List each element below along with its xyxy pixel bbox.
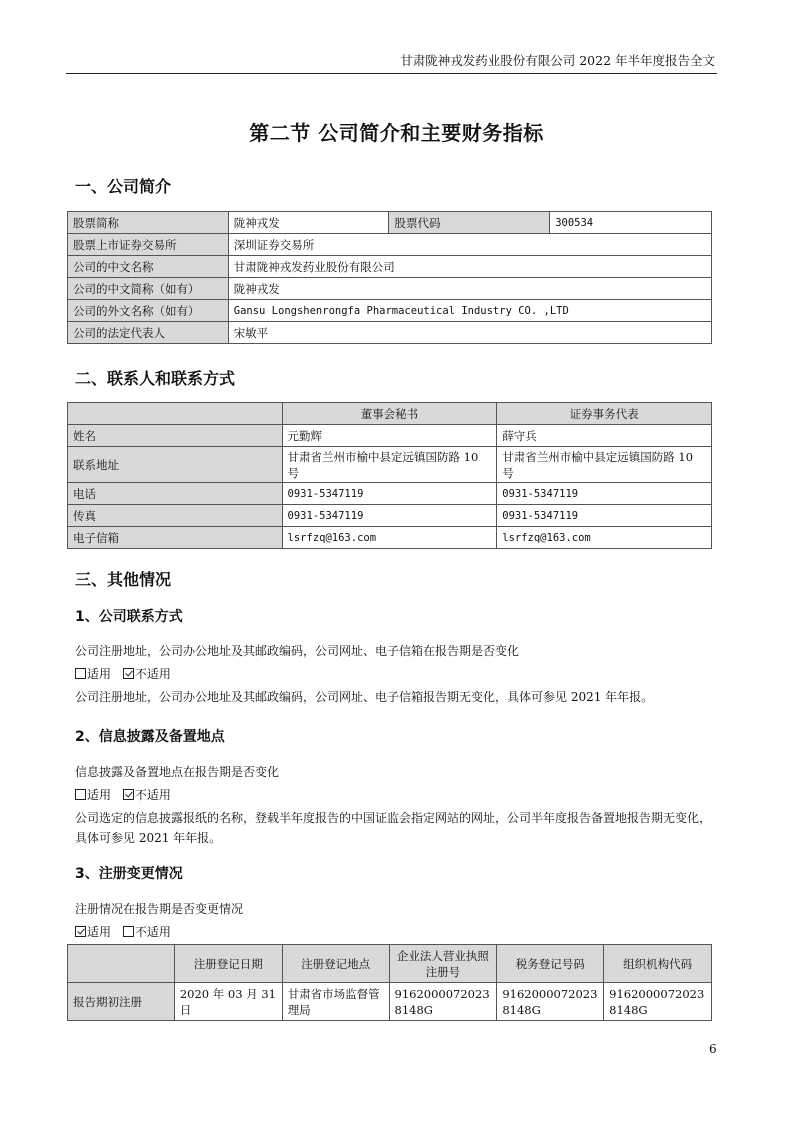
column-header: 注册登记日期 xyxy=(174,945,282,983)
column-header xyxy=(68,945,175,983)
table-row: 股票上市证券交易所 深圳证券交易所 xyxy=(68,234,712,256)
option-applicable: 适用 xyxy=(87,925,111,939)
column-header: 企业法人营业执照注册号 xyxy=(389,945,497,983)
checkbox-unchecked-icon xyxy=(123,926,134,937)
cell-label: 姓名 xyxy=(68,425,283,447)
cell-value: 甘肃省市场监督管理局 xyxy=(282,983,389,1021)
cell-label: 公司的法定代表人 xyxy=(68,322,229,344)
cell-label: 报告期初注册 xyxy=(68,983,175,1021)
section-heading-other: 三、其他情况 xyxy=(75,567,171,590)
checkbox-unchecked-icon xyxy=(75,789,86,800)
running-header: 甘肃陇神戎发药业股份有限公司 2022 年半年度报告全文 xyxy=(66,52,717,74)
cell-value: 深圳证券交易所 xyxy=(228,234,711,256)
option-not-applicable: 不适用 xyxy=(135,667,171,681)
section-heading-contacts: 二、联系人和联系方式 xyxy=(75,366,235,389)
page-title: 第二节 公司简介和主要财务指标 xyxy=(0,117,793,146)
table-row: 股票简称 陇神戎发 股票代码 300534 xyxy=(68,212,712,234)
cell-value: 91620000720238148G xyxy=(604,983,712,1021)
table-row: 姓名 元勤辉 薛守兵 xyxy=(68,425,712,447)
running-title: 甘肃陇神戎发药业股份有限公司 2022 年半年度报告全文 xyxy=(400,53,715,68)
cell-value: 陇神戎发 xyxy=(228,212,389,234)
applicability-options: 适用 不适用 xyxy=(75,922,715,942)
cell-label: 公司的中文简称（如有） xyxy=(68,278,229,300)
applicability-options: 适用 不适用 xyxy=(75,664,715,684)
checkbox-checked-icon xyxy=(123,668,134,679)
cell-label: 电子信箱 xyxy=(68,527,283,549)
column-header xyxy=(68,403,283,425)
column-header: 税务登记号码 xyxy=(497,945,604,983)
cell-label: 公司的中文名称 xyxy=(68,256,229,278)
page-number: 6 xyxy=(709,1042,717,1056)
column-header: 董事会秘书 xyxy=(282,403,497,425)
cell-value: 甘肃省兰州市榆中县定远镇国防路 10 号 xyxy=(282,447,497,483)
cell-label: 股票简称 xyxy=(68,212,229,234)
question-text: 注册情况在报告期是否变更情况 xyxy=(75,899,715,919)
applicability-options: 适用 不适用 xyxy=(75,785,715,805)
table-row: 公司的中文简称（如有） 陇神戎发 xyxy=(68,278,712,300)
subsection-heading-contact-info: 1、公司联系方式 xyxy=(75,606,183,626)
option-not-applicable: 不适用 xyxy=(135,788,171,802)
table-row: 公司的中文名称 甘肃陇神戎发药业股份有限公司 xyxy=(68,256,712,278)
cell-value: 91620000720238148G xyxy=(497,983,604,1021)
cell-value: 0931-5347119 xyxy=(282,505,497,527)
cell-value: 薛守兵 xyxy=(497,425,712,447)
cell-value: 2020 年 03 月 31 日 xyxy=(174,983,282,1021)
table-row: 电子信箱 lsrfzq@163.com lsrfzq@163.com xyxy=(68,527,712,549)
cell-value: 陇神戎发 xyxy=(228,278,711,300)
cell-label: 股票代码 xyxy=(389,212,550,234)
option-applicable: 适用 xyxy=(87,667,111,681)
option-applicable: 适用 xyxy=(87,788,111,802)
cell-value: 元勤辉 xyxy=(282,425,497,447)
cell-label: 电话 xyxy=(68,483,283,505)
cell-value: 甘肃省兰州市榆中县定远镇国防路 10 号 xyxy=(497,447,712,483)
column-header: 证券事务代表 xyxy=(497,403,712,425)
cell-label: 联系地址 xyxy=(68,447,283,483)
table-row: 联系地址 甘肃省兰州市榆中县定远镇国防路 10 号 甘肃省兰州市榆中县定远镇国防… xyxy=(68,447,712,483)
question-text: 公司注册地址，公司办公地址及其邮政编码，公司网址、电子信箱在报告期是否变化 xyxy=(75,641,715,661)
company-profile-table: 股票简称 陇神戎发 股票代码 300534 股票上市证券交易所 深圳证券交易所 … xyxy=(67,211,712,344)
table-row: 电话 0931-5347119 0931-5347119 xyxy=(68,483,712,505)
table-header-row: 注册登记日期 注册登记地点 企业法人营业执照注册号 税务登记号码 组织机构代码 xyxy=(68,945,712,983)
registration-table: 注册登记日期 注册登记地点 企业法人营业执照注册号 税务登记号码 组织机构代码 … xyxy=(67,944,712,1021)
checkbox-unchecked-icon xyxy=(75,668,86,679)
table-row: 传真 0931-5347119 0931-5347119 xyxy=(68,505,712,527)
cell-label: 股票上市证券交易所 xyxy=(68,234,229,256)
cell-value: lsrfzq@163.com xyxy=(282,527,497,549)
answer-text: 公司选定的信息披露报纸的名称，登载半年度报告的中国证监会指定网站的网址，公司半年… xyxy=(75,808,715,848)
cell-value: 0931-5347119 xyxy=(282,483,497,505)
table-header-row: 董事会秘书 证券事务代表 xyxy=(68,403,712,425)
contacts-table: 董事会秘书 证券事务代表 姓名 元勤辉 薛守兵 联系地址 甘肃省兰州市榆中县定远… xyxy=(67,402,712,549)
checkbox-checked-icon xyxy=(123,789,134,800)
column-header: 组织机构代码 xyxy=(604,945,712,983)
cell-value: 91620000720238148G xyxy=(389,983,497,1021)
column-header: 注册登记地点 xyxy=(282,945,389,983)
option-not-applicable: 不适用 xyxy=(135,925,171,939)
subsection-heading-registration: 3、注册变更情况 xyxy=(75,863,183,883)
section-heading-company-profile: 一、公司简介 xyxy=(75,174,171,197)
cell-value: 甘肃陇神戎发药业股份有限公司 xyxy=(228,256,711,278)
table-row: 公司的法定代表人 宋敏平 xyxy=(68,322,712,344)
cell-value: 0931-5347119 xyxy=(497,505,712,527)
table-row: 报告期初注册 2020 年 03 月 31 日 甘肃省市场监督管理局 91620… xyxy=(68,983,712,1021)
cell-value: 300534 xyxy=(550,212,712,234)
checkbox-checked-icon xyxy=(75,926,86,937)
question-text: 信息披露及备置地点在报告期是否变化 xyxy=(75,762,715,782)
cell-value: Gansu Longshenrongfa Pharmaceutical Indu… xyxy=(228,300,711,322)
cell-label: 传真 xyxy=(68,505,283,527)
subsection-heading-disclosure: 2、信息披露及备置地点 xyxy=(75,726,225,746)
table-row: 公司的外文名称（如有） Gansu Longshenrongfa Pharmac… xyxy=(68,300,712,322)
cell-value: lsrfzq@163.com xyxy=(497,527,712,549)
cell-label: 公司的外文名称（如有） xyxy=(68,300,229,322)
answer-text: 公司注册地址，公司办公地址及其邮政编码，公司网址、电子信箱报告期无变化，具体可参… xyxy=(75,687,715,707)
cell-value: 宋敏平 xyxy=(228,322,711,344)
cell-value: 0931-5347119 xyxy=(497,483,712,505)
